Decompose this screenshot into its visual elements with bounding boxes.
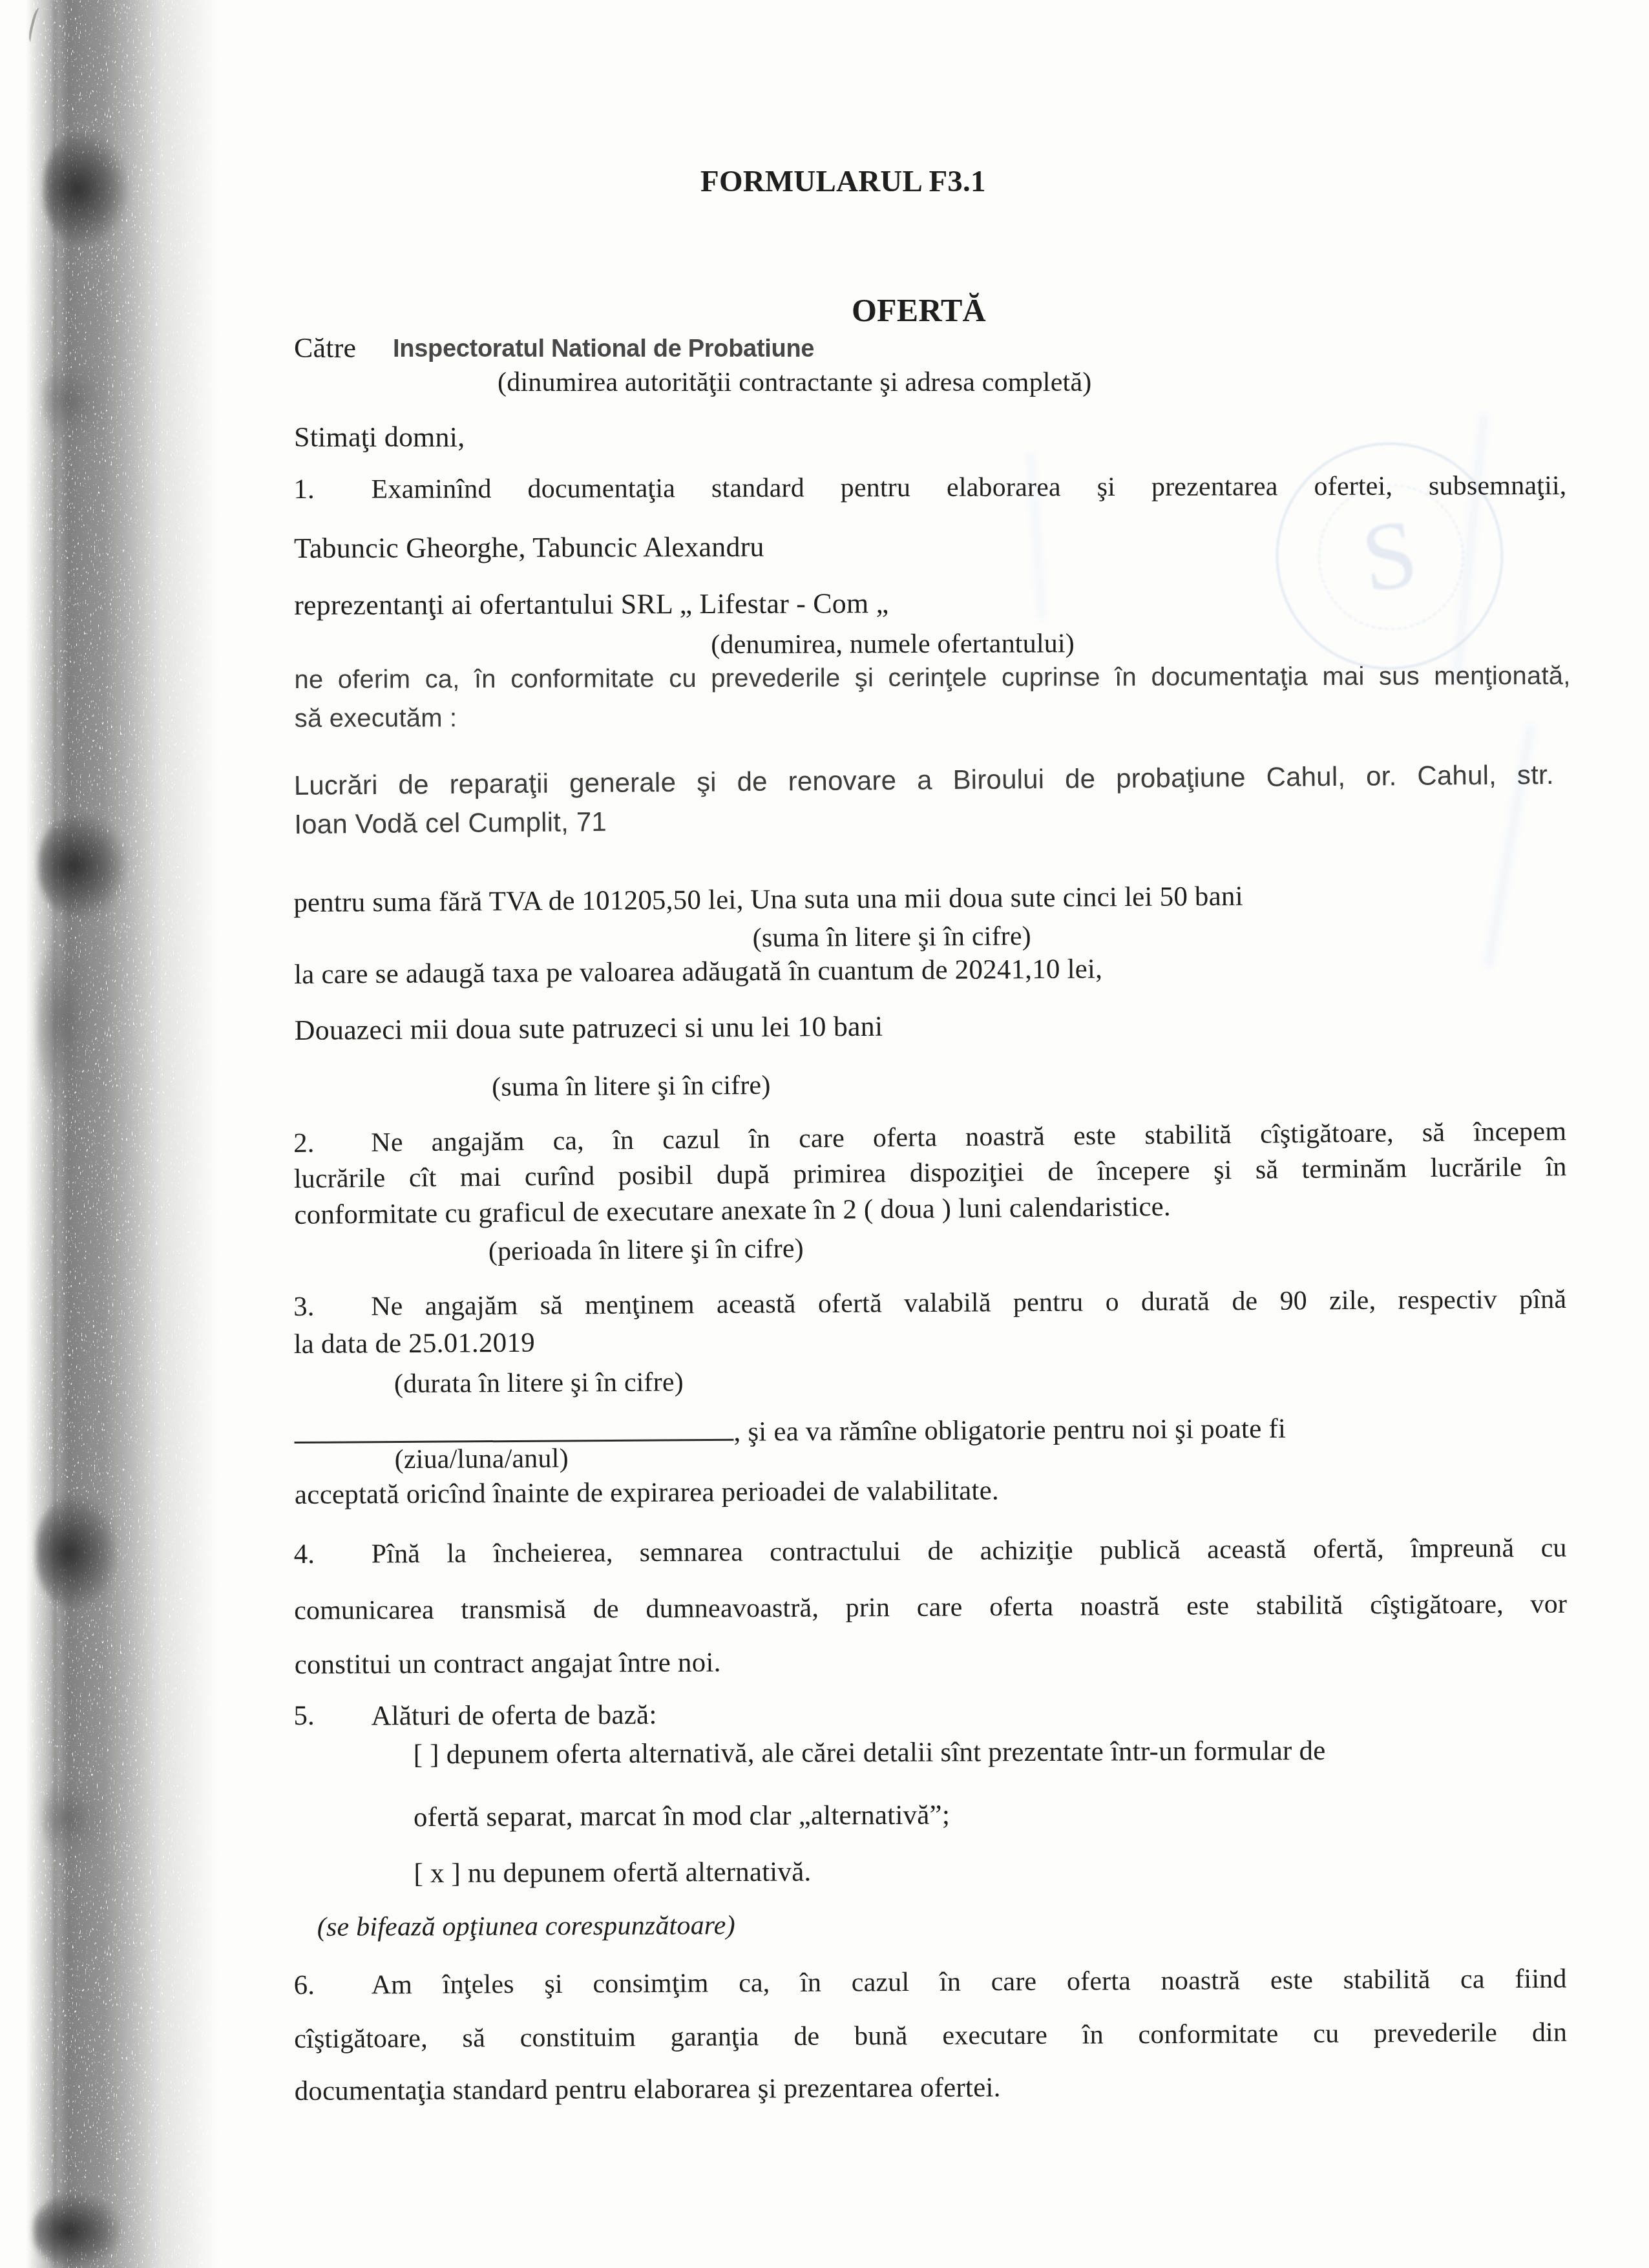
item6-line3: documentaţia standard pentru elaborarea …	[294, 2071, 1000, 2108]
item6-block: 6. Am înţeles şi consimţim ca, în cazul …	[0, 0, 1649, 2268]
document-page: S FORMULARUL F3.1 OFERTĂ Către Inspector…	[0, 0, 1649, 2268]
item6-line1: Am înţeles şi consimţim ca, în cazul în …	[372, 1963, 1567, 2002]
item6-line2: cîştigătoare, să constituim garanţia de …	[294, 2017, 1567, 2057]
item6-number: 6.	[294, 1969, 315, 2001]
